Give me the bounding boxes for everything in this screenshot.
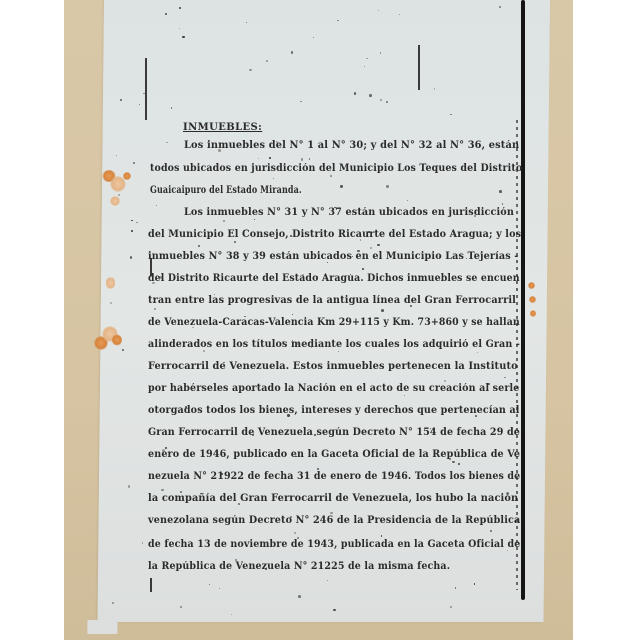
- speck: [386, 185, 388, 187]
- text-line: de fecha 13 de noviembre de 1943, public…: [148, 539, 520, 550]
- stain: [123, 172, 131, 180]
- text-line: enero de 1946, publicado en la Gaceta Of…: [148, 449, 520, 460]
- speck: [180, 491, 182, 493]
- speck: [487, 383, 489, 385]
- stain: [530, 310, 536, 317]
- speck: [368, 231, 370, 233]
- text-line: otorgados todos los bienes, intereses y …: [148, 405, 520, 416]
- text-line: la República de Venezuela N° 21225 de la…: [148, 561, 450, 572]
- speck: [334, 207, 335, 208]
- speck: [330, 512, 333, 515]
- photocopy-mark: [150, 578, 152, 592]
- speck: [474, 215, 475, 216]
- text-line: la compañía del Gran Ferrocarril de Vene…: [148, 493, 518, 504]
- speck: [452, 461, 454, 463]
- text-line: Gran Ferrocarril de Venezuela según Decr…: [148, 427, 520, 438]
- section-heading: INMUEBLES:: [183, 122, 262, 133]
- speck: [330, 175, 332, 177]
- speck: [450, 606, 452, 608]
- speck: [160, 276, 163, 279]
- text-line: tran entre las progresivas de la antigua…: [148, 295, 516, 306]
- speck: [377, 244, 379, 246]
- speck: [246, 22, 247, 23]
- text-line: todos ubicados en jurisdicción del Munic…: [150, 163, 522, 174]
- speck: [282, 341, 284, 343]
- text-line: nezuela N° 21922 de fecha 31 de enero de…: [148, 471, 520, 482]
- speck: [475, 415, 477, 417]
- speck: [116, 155, 117, 156]
- text-line: Los inmuebles del N° 1 al N° 30; y del N…: [184, 140, 519, 151]
- speck: [182, 36, 185, 39]
- speck: [291, 51, 294, 54]
- speck: [369, 94, 372, 97]
- speck: [410, 305, 411, 306]
- text-line: de Venezuela-Caracas-Valencia Km 29+115 …: [148, 317, 520, 328]
- stain: [528, 282, 535, 289]
- speck: [231, 614, 232, 615]
- speck: [143, 93, 144, 94]
- stain: [529, 296, 536, 303]
- speck: [131, 230, 133, 232]
- speck: [112, 602, 114, 604]
- speck: [301, 158, 303, 160]
- text-line: del Distrito Ricaurte del Estado Aragua.…: [148, 273, 520, 284]
- speck: [276, 141, 278, 143]
- text-line: inmuebles N° 38 y 39 están ubicados en e…: [148, 251, 518, 262]
- speck: [266, 60, 268, 62]
- speck: [306, 258, 307, 259]
- speck: [142, 542, 143, 543]
- speck: [152, 282, 154, 284]
- speck: [381, 309, 384, 312]
- speck: [333, 609, 335, 611]
- speck: [302, 274, 304, 276]
- speck: [118, 194, 120, 196]
- speck: [130, 256, 132, 258]
- speck: [317, 468, 319, 470]
- speck: [165, 447, 167, 449]
- speck: [252, 434, 254, 436]
- document-page: [97, 0, 550, 622]
- text-line: alinderados en los títulos mediante los …: [148, 339, 520, 350]
- speck: [381, 535, 382, 536]
- text-line: venezolana según Decreto N° 246 de la Pr…: [148, 515, 520, 526]
- speck: [458, 463, 460, 465]
- speck: [223, 220, 225, 222]
- speck: [298, 595, 301, 598]
- speck: [139, 104, 140, 105]
- text-line: del Municipio El Consejo, Distrito Ricau…: [148, 229, 521, 240]
- speck: [249, 69, 251, 71]
- speck: [444, 380, 446, 382]
- speck: [499, 6, 501, 8]
- stain: [106, 276, 115, 290]
- speck: [340, 185, 342, 187]
- speck: [499, 190, 502, 193]
- speck: [154, 308, 156, 310]
- speck: [287, 414, 290, 417]
- speck: [251, 390, 252, 391]
- speck: [208, 544, 210, 546]
- speck: [292, 314, 293, 315]
- speck: [185, 406, 186, 407]
- text-line: por habérseles aportado la Nación en el …: [148, 383, 519, 394]
- speck: [269, 157, 271, 159]
- speck: [110, 302, 112, 304]
- photocopy-mark: [418, 45, 420, 90]
- stain: [112, 334, 122, 346]
- text-line: Los inmuebles N° 31 y N° 37 están ubicad…: [184, 207, 514, 218]
- speck: [133, 162, 135, 164]
- page-edge-shadow-line: [521, 0, 525, 600]
- photocopy-mark: [145, 58, 147, 120]
- speck: [477, 352, 478, 353]
- speck: [131, 220, 133, 222]
- speck: [218, 149, 220, 151]
- speck: [297, 343, 300, 346]
- stain: [110, 196, 120, 206]
- speck: [286, 433, 288, 435]
- text-line: Guaicaipuro del Estado Miranda.: [150, 185, 302, 196]
- speck: [506, 492, 509, 495]
- speck: [180, 606, 182, 608]
- speck: [504, 377, 506, 379]
- text-line: Ferrocarril de Venezuela. Estos inmueble…: [148, 361, 518, 372]
- speck: [455, 587, 457, 589]
- speck: [162, 449, 165, 452]
